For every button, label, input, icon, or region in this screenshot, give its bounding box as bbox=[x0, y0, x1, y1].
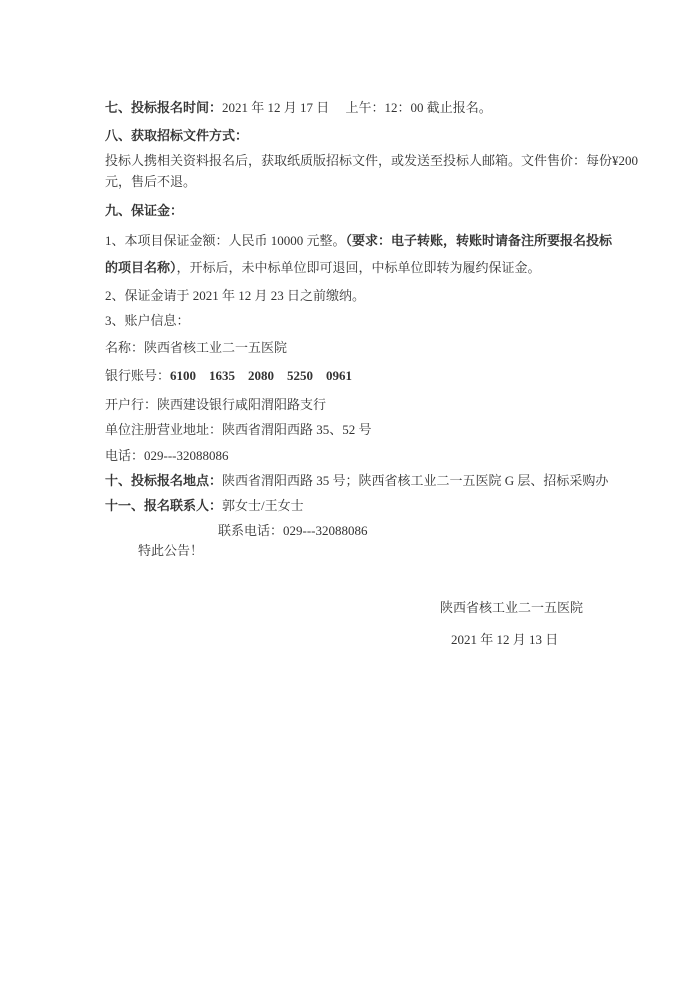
announcement-document-page: 七、投标报名时间：2021 年 12 月 17 日 上午：12：00 截止报名。… bbox=[0, 0, 700, 990]
section-9-heading: 九、保证金： bbox=[105, 201, 610, 221]
phone-number: 电话：029---32088086 bbox=[105, 446, 610, 466]
section-9-item2-deadline: 2、保证金请于 2021 年 12 月 23 日之前缴纳。 bbox=[105, 286, 610, 306]
section-9-item1-line1: 1、本项目保证金额：人民币 10000 元整。（要求：电子转账，转账时请备注所要… bbox=[105, 231, 610, 251]
section-11-contact-person: 十一、报名联系人：郭女士/王女士 bbox=[105, 496, 610, 516]
section-9-item3-account-info: 3、账户信息： bbox=[105, 311, 610, 331]
section-10-label: 十、投标报名地点： bbox=[105, 473, 222, 488]
bank-account-line: 银行账号：6100 1635 2080 5250 0961 bbox=[105, 366, 610, 386]
section-7-registration-time: 七、投标报名时间：2021 年 12 月 17 日 上午：12：00 截止报名。 bbox=[105, 98, 610, 118]
account-name: 名称：陕西省核工业二一五医院 bbox=[105, 338, 610, 358]
section-10-registration-place: 十、投标报名地点：陕西省渭阳西路 35 号；陕西省核工业二一五医院 G 层、招标… bbox=[105, 471, 610, 491]
bank-account-label: 银行账号： bbox=[105, 368, 170, 383]
bank-account-number: 6100 1635 2080 5250 0961 bbox=[170, 368, 352, 383]
section-11-value: 郭女士/王女士 bbox=[222, 498, 304, 513]
section-9-item1-line2: 的项目名称），开标后，未中标单位即可退回，中标单位即转为履约保证金。 bbox=[105, 258, 610, 278]
section-11-label: 十一、报名联系人： bbox=[105, 498, 222, 513]
contact-phone: 联系电话：029---32088086 bbox=[218, 521, 610, 541]
signature-date: 2021 年 12 月 13 日 bbox=[451, 630, 610, 650]
section-8-body-line1: 投标人携相关资料报名后，获取纸质版招标文件，或发送至投标人邮箱。文件售价：每份¥… bbox=[105, 151, 610, 171]
closing-statement: 特此公告！ bbox=[138, 541, 610, 561]
bank-branch: 开户行：陕西建设银行咸阳渭阳路支行 bbox=[105, 395, 610, 415]
deposit-requirement-bold-cont: 的项目名称） bbox=[105, 260, 177, 275]
deposit-amount-text: 1、本项目保证金额：人民币 10000 元整。 bbox=[105, 233, 346, 248]
section-8-heading: 八、获取招标文件方式： bbox=[105, 126, 610, 146]
deposit-requirement-bold: （要求：电子转账，转账时请备注所要报名投标 bbox=[346, 233, 613, 248]
section-8-body-line2: 元，售后不退。 bbox=[105, 172, 610, 192]
deposit-refund-text: ，开标后，未中标单位即可退回，中标单位即转为履约保证金。 bbox=[177, 260, 541, 275]
signature-organization: 陕西省核工业二一五医院 bbox=[440, 598, 610, 618]
registered-address: 单位注册营业地址：陕西省渭阳西路 35、52 号 bbox=[105, 420, 610, 440]
section-7-label: 七、投标报名时间： bbox=[105, 100, 222, 115]
section-7-value: 2021 年 12 月 17 日 上午：12：00 截止报名。 bbox=[222, 100, 492, 115]
section-10-value: 陕西省渭阳西路 35 号；陕西省核工业二一五医院 G 层、招标采购办 bbox=[222, 473, 608, 488]
